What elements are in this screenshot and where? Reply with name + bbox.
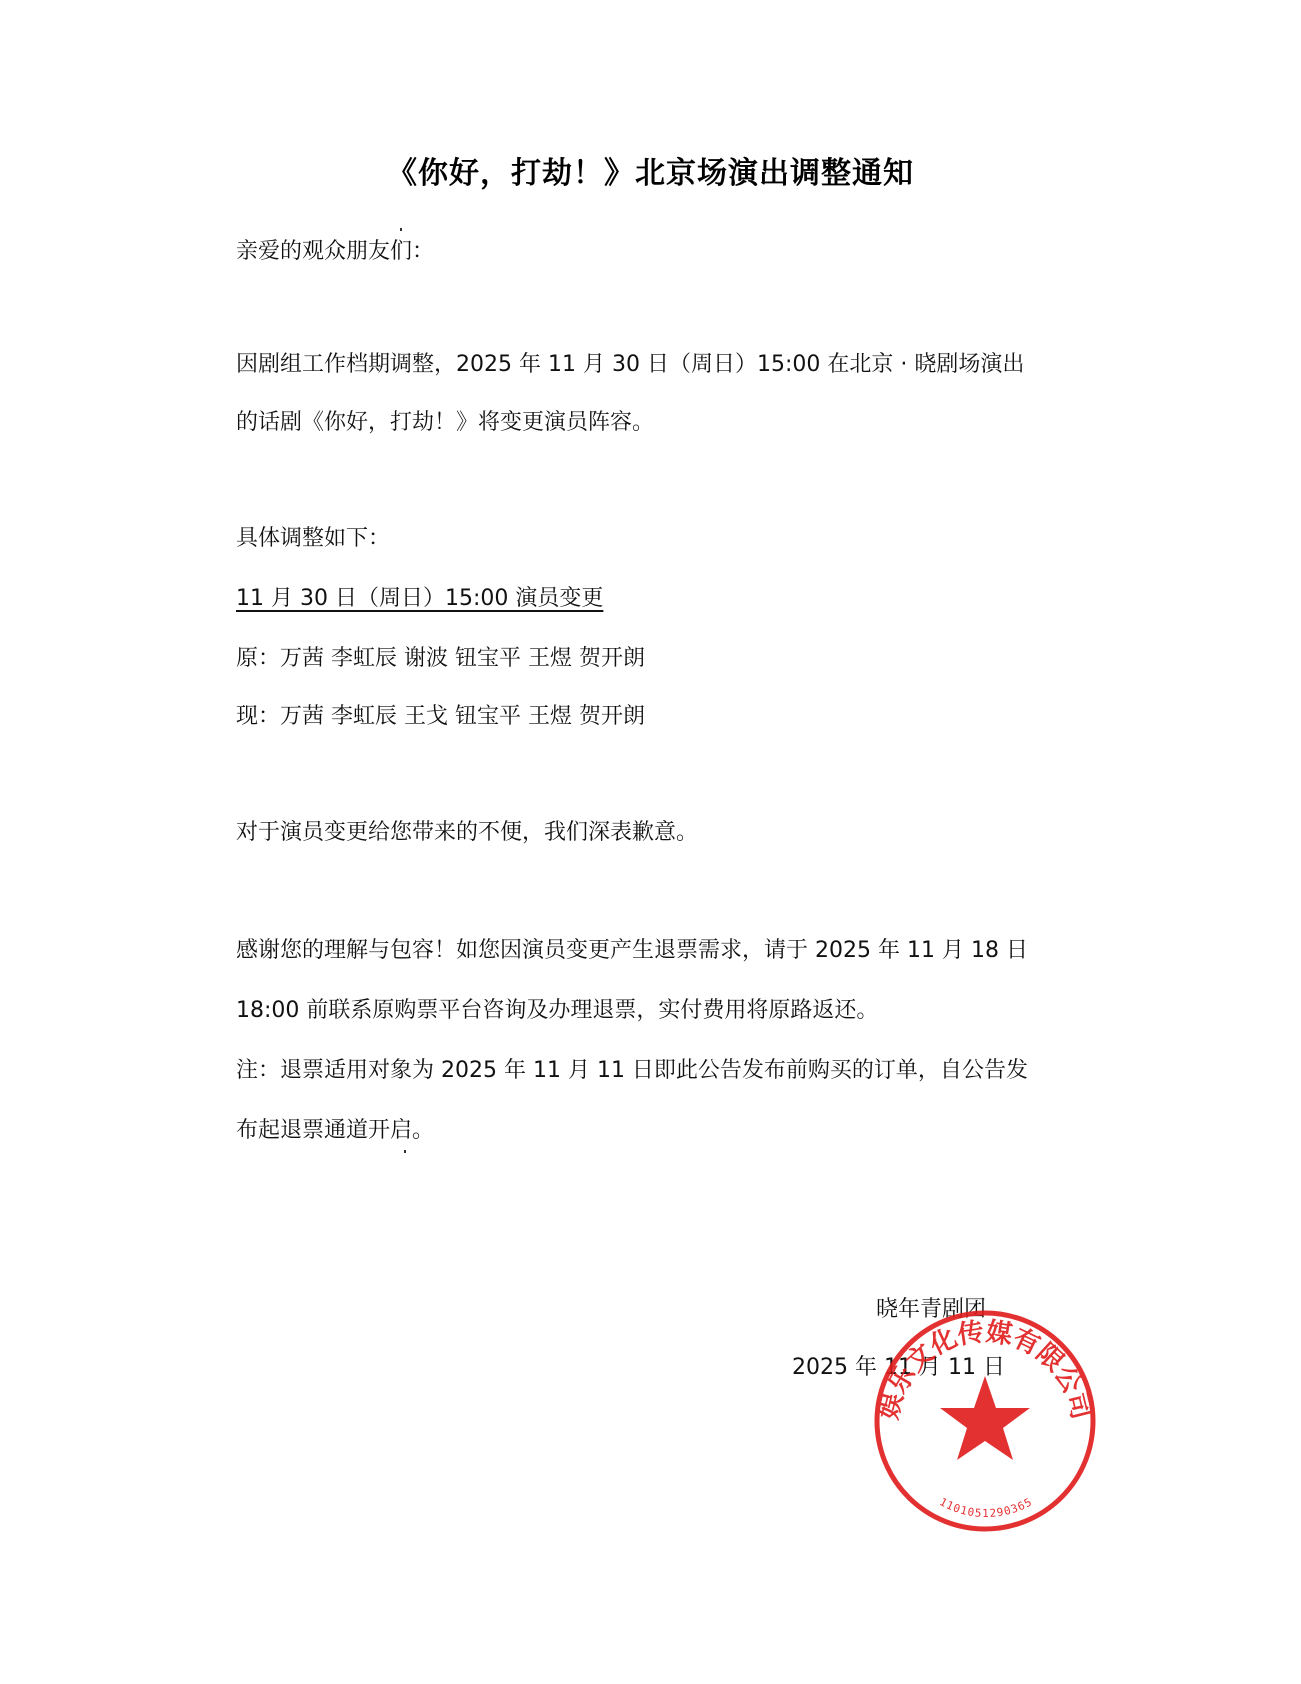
page-title: 《你好，打劫！》北京场演出调整通知 — [0, 148, 1301, 192]
refund-line-2: 18:00 前联系原购票平台咨询及办理退票，实付费用将原路返还。 — [236, 996, 878, 1026]
note-line-2: 布起退票通道开启。 — [236, 1116, 434, 1146]
details-heading: 具体调整如下： — [236, 524, 390, 554]
salutation: 亲爱的观众朋友们： — [236, 237, 434, 267]
scan-speck — [404, 1150, 406, 1153]
intro-line-1: 因剧组工作档期调整，2025 年 11 月 30 日（周日）15:00 在北京 … — [236, 350, 1024, 380]
note-line-1: 注：退票适用对象为 2025 年 11 月 11 日即此公告发布前购买的订单，自… — [236, 1056, 1028, 1086]
current-cast: 现：万茜 李虹辰 王戈 钮宝平 王煜 贺开朗 — [236, 702, 645, 732]
refund-line-1: 感谢您的理解与包容！如您因演员变更产生退票需求，请于 2025 年 11 月 1… — [236, 936, 1028, 966]
apology: 对于演员变更给您带来的不便，我们深表歉意。 — [236, 818, 698, 848]
change-session: 11 月 30 日（周日）15:00 演员变更 — [236, 584, 603, 614]
original-cast: 原：万茜 李虹辰 谢波 钮宝平 王煜 贺开朗 — [236, 644, 645, 674]
scan-speck — [400, 228, 402, 231]
company-seal-icon: 娱乐文化传媒有限公司 1101051290365 — [872, 1308, 1098, 1534]
svg-text:1101051290365: 1101051290365 — [937, 1495, 1034, 1520]
intro-line-2: 的话剧《你好，打劫！》将变更演员阵容。 — [236, 408, 654, 438]
notice-page: 《你好，打劫！》北京场演出调整通知 亲爱的观众朋友们： 因剧组工作档期调整，20… — [0, 0, 1301, 1684]
